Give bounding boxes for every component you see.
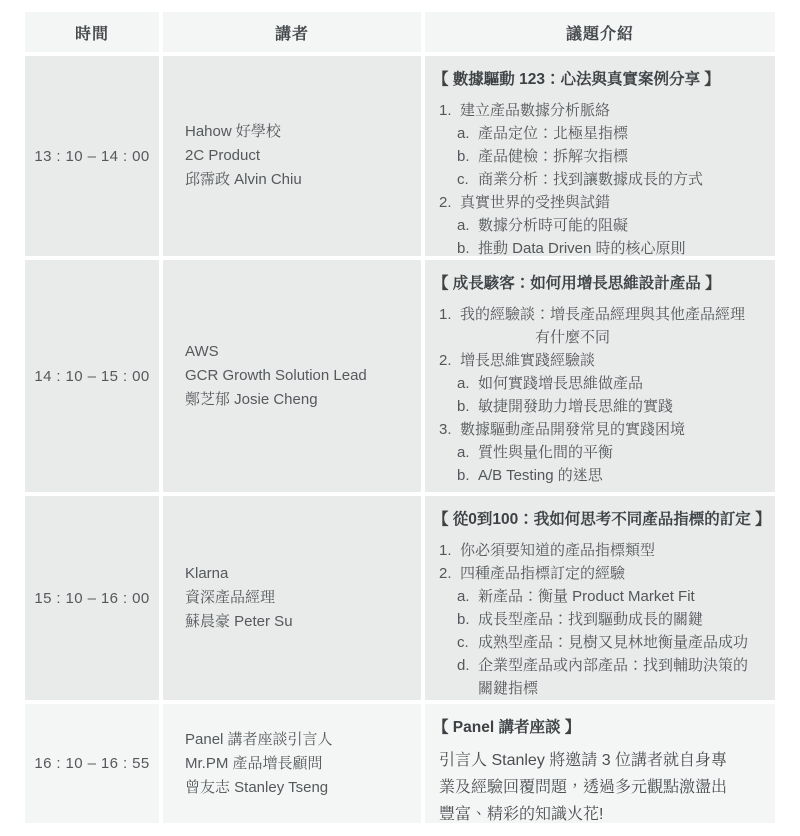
speaker-line: Mr.PM 產品增長顧問 <box>185 752 413 776</box>
time-cell: 13 : 10 – 14 : 00 <box>25 56 159 256</box>
outline-item-text: 推動 Data Driven 時的核心原則 <box>478 237 767 260</box>
outline-item-continuation: 有什麼不同 <box>535 326 767 349</box>
outline-item-text: 數據分析時可能的阻礙 <box>478 214 767 237</box>
speaker-line: Panel 講者座談引言人 <box>185 728 413 752</box>
outline-item-label: b. <box>457 237 478 260</box>
outline-item-text: 成熟型產品：見樹又見林地衡量產品成功 <box>478 631 767 654</box>
outline-item-label: b. <box>457 608 478 631</box>
outline-item-text: A/B Testing 的迷思 <box>478 464 767 487</box>
outline-item: a.如何實踐增長思維做產品 <box>457 372 767 395</box>
topic-outline: 1.你必須要知道的產品指標類型2.四種產品指標訂定的經驗a.新產品：衡量 Pro… <box>433 539 767 700</box>
outline-item-text: 成長型產品：找到驅動成長的關鍵 <box>478 608 767 631</box>
speaker-cell: Klarna資深產品經理蘇晨豪 Peter Su <box>163 496 421 700</box>
outline-item-label: a. <box>457 122 478 145</box>
header-cell-time: 時間 <box>25 12 159 52</box>
time-cell: 16 : 10 – 16 : 55 <box>25 704 159 823</box>
speaker-line: 資深產品經理 <box>185 586 413 610</box>
speaker-line: AWS <box>185 340 413 364</box>
outline-item: 3.數據驅動產品開發常見的實踐困境 <box>439 418 767 441</box>
outline-item: b.推動 Data Driven 時的核心原則 <box>457 237 767 260</box>
outline-item-text: 四種產品指標訂定的經驗 <box>460 562 767 585</box>
outline-item-label: a. <box>457 441 478 464</box>
time-cell: 15 : 10 – 16 : 00 <box>25 496 159 700</box>
session-description: 引言人 Stanley 將邀請 3 位講者就自身專業及經驗回覆問題，透過多元觀點… <box>439 747 741 828</box>
outline-item-label: b. <box>457 464 478 487</box>
topic-outline: 1.建立產品數據分析脈絡a.產品定位：北極星指標b.產品健檢：拆解次指標c.商業… <box>433 99 767 260</box>
outline-item: 1.你必須要知道的產品指標類型 <box>439 539 767 562</box>
outline-item: c.商業分析：找到讓數據成長的方式 <box>457 168 767 191</box>
schedule-table: 時間 講者 議題介紹 13 : 10 – 14 : 00 Hahow 好學校2C… <box>25 12 775 823</box>
speaker-line: 2C Product <box>185 144 413 168</box>
outline-item-label: 1. <box>439 539 460 562</box>
topic-cell: 【 從0到100：我如何思考不同產品指標的訂定 】 1.你必須要知道的產品指標類… <box>425 496 775 700</box>
outline-item-text: 真實世界的受挫與試錯 <box>460 191 767 214</box>
outline-item: b.敏捷開發助力增長思維的實踐 <box>457 395 767 418</box>
speaker-line: 曾友志 Stanley Tseng <box>185 776 413 800</box>
outline-item: c.成熟型產品：見樹又見林地衡量產品成功 <box>457 631 767 654</box>
outline-item-label: b. <box>457 395 478 418</box>
outline-item-label: 1. <box>439 99 460 122</box>
speaker-line: Hahow 好學校 <box>185 120 413 144</box>
outline-item: 2.四種產品指標訂定的經驗 <box>439 562 767 585</box>
topic-cell: 【 成長駭客：如何用增長思維設計產品 】 1.我的經驗談：增長產品經理與其他產品… <box>425 260 775 492</box>
outline-item-text: 商業分析：找到讓數據成長的方式 <box>478 168 767 191</box>
outline-item-label: c. <box>457 168 478 191</box>
topic-cell: 【 數據驅動 123：心法與真實案例分享 】 1.建立產品數據分析脈絡a.產品定… <box>425 56 775 256</box>
outline-item-text: 我的經驗談：增長產品經理與其他產品經理 <box>460 303 767 326</box>
speaker-line: 邱霈政 Alvin Chiu <box>185 168 413 192</box>
outline-item: b.成長型產品：找到驅動成長的關鍵 <box>457 608 767 631</box>
outline-item-label: b. <box>457 145 478 168</box>
outline-item: 2.增長思維實踐經驗談 <box>439 349 767 372</box>
outline-item-label: d. <box>457 654 478 677</box>
outline-item-text: 如何實踐增長思維做產品 <box>478 372 767 395</box>
outline-item: a.產品定位：北極星指標 <box>457 122 767 145</box>
speaker-cell: AWSGCR Growth Solution Lead鄭芝郁 Josie Che… <box>163 260 421 492</box>
outline-item: b.產品健檢：拆解次指標 <box>457 145 767 168</box>
outline-item-label: 2. <box>439 562 460 585</box>
header-cell-topic: 議題介紹 <box>425 12 775 52</box>
outline-item-label: c. <box>457 631 478 654</box>
outline-item-text: 建立產品數據分析脈絡 <box>460 99 767 122</box>
outline-item: 2.真實世界的受挫與試錯 <box>439 191 767 214</box>
outline-item-text: 產品定位：北極星指標 <box>478 122 767 145</box>
outline-item-text: 質性與量化間的平衡 <box>478 441 767 464</box>
speaker-cell: Panel 講者座談引言人Mr.PM 產品增長顧問曾友志 Stanley Tse… <box>163 704 421 823</box>
outline-item: 1.建立產品數據分析脈絡 <box>439 99 767 122</box>
outline-item-label: a. <box>457 372 478 395</box>
outline-item-label: 3. <box>439 418 460 441</box>
topic-cell: 【 Panel 講者座談 】 引言人 Stanley 將邀請 3 位講者就自身專… <box>425 704 775 823</box>
topic-title: 【 從0到100：我如何思考不同產品指標的訂定 】 <box>433 508 767 532</box>
header-cell-speaker: 講者 <box>163 12 421 52</box>
topic-outline: 1.我的經驗談：增長產品經理與其他產品經理有什麼不同2.增長思維實踐經驗談a.如… <box>433 303 767 487</box>
speaker-line: 鄭芝郁 Josie Cheng <box>185 388 413 412</box>
outline-item-text: 增長思維實踐經驗談 <box>460 349 767 372</box>
time-cell: 14 : 10 – 15 : 00 <box>25 260 159 492</box>
speaker-line: GCR Growth Solution Lead <box>185 364 413 388</box>
outline-item-label: a. <box>457 585 478 608</box>
outline-item-text: 你必須要知道的產品指標類型 <box>460 539 767 562</box>
outline-item: d.企業型產品或內部產品：找到輔助決策的 <box>457 654 767 677</box>
speaker-line: 蘇晨豪 Peter Su <box>185 610 413 634</box>
speaker-cell: Hahow 好學校2C Product邱霈政 Alvin Chiu <box>163 56 421 256</box>
topic-title: 【 Panel 講者座談 】 <box>433 716 767 740</box>
outline-item-label: 1. <box>439 303 460 326</box>
outline-item: a.新產品：衡量 Product Market Fit <box>457 585 767 608</box>
outline-item-continuation: 關鍵指標 <box>478 677 767 700</box>
speaker-line: Klarna <box>185 562 413 586</box>
topic-title: 【 數據驅動 123：心法與真實案例分享 】 <box>433 68 767 92</box>
outline-item-label: 2. <box>439 349 460 372</box>
outline-item-text: 產品健檢：拆解次指標 <box>478 145 767 168</box>
outline-item-text: 企業型產品或內部產品：找到輔助決策的 <box>478 654 767 677</box>
outline-item-text: 敏捷開發助力增長思維的實踐 <box>478 395 767 418</box>
outline-item: b.A/B Testing 的迷思 <box>457 464 767 487</box>
outline-item: 1.我的經驗談：增長產品經理與其他產品經理 <box>439 303 767 326</box>
outline-item: a.質性與量化間的平衡 <box>457 441 767 464</box>
outline-item-label: a. <box>457 214 478 237</box>
outline-item-text: 數據驅動產品開發常見的實踐困境 <box>460 418 767 441</box>
outline-item-text: 新產品：衡量 Product Market Fit <box>478 585 767 608</box>
outline-item-label: 2. <box>439 191 460 214</box>
topic-title: 【 成長駭客：如何用增長思維設計產品 】 <box>433 272 767 296</box>
outline-item: a.數據分析時可能的阻礙 <box>457 214 767 237</box>
